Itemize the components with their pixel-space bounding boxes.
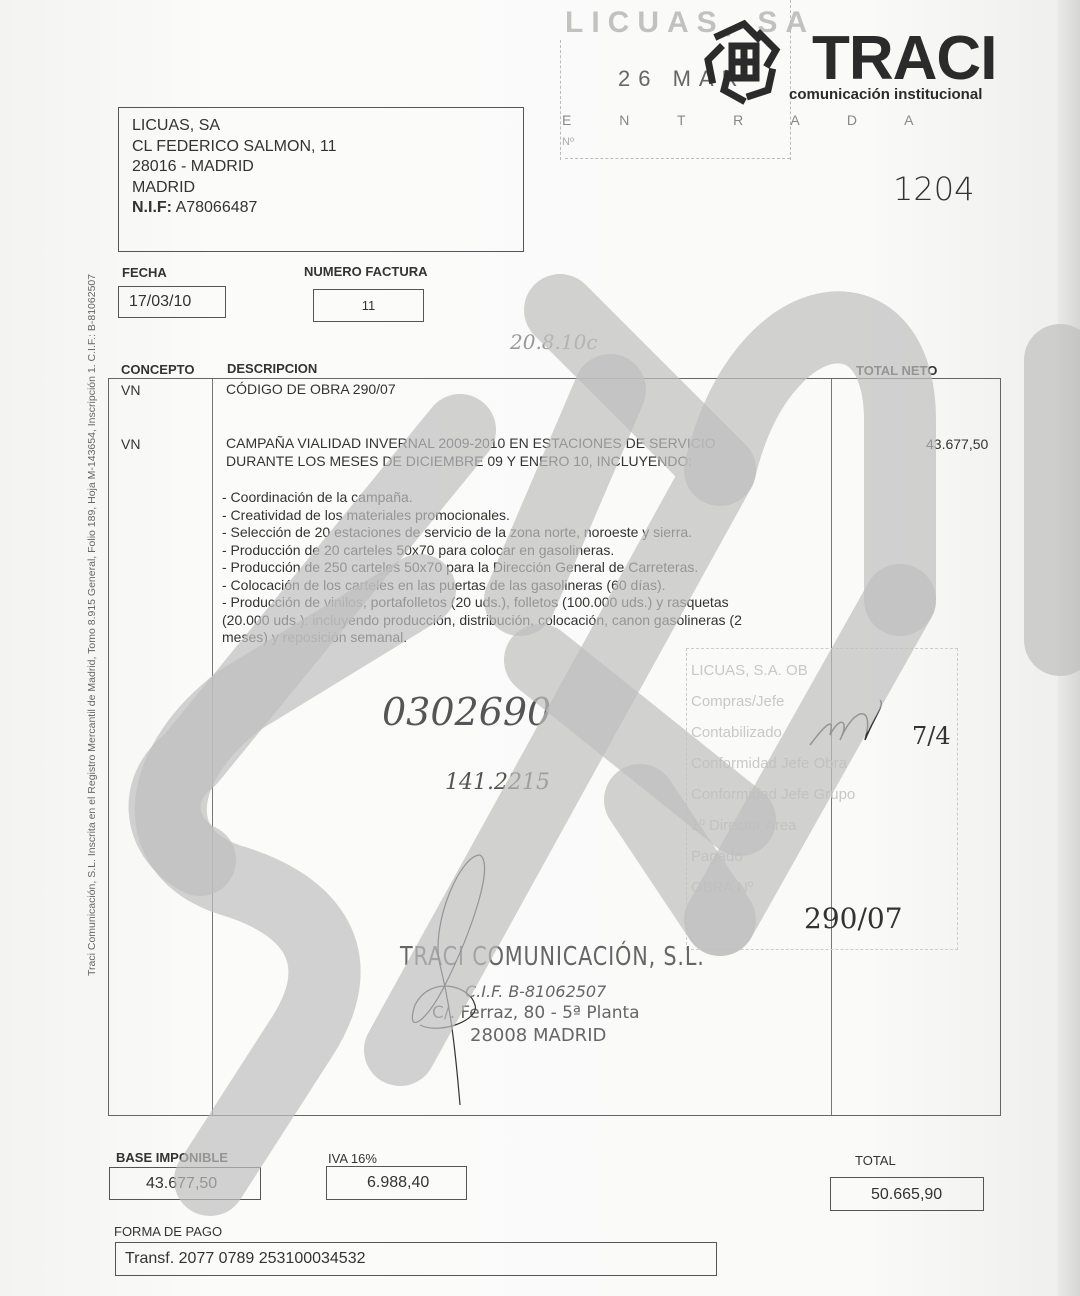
- client-nif: N.I.F: A78066487: [132, 198, 337, 219]
- stamp-border: [560, 40, 561, 160]
- row-2-description-cont: DURANTE LOS MESES DE DICIEMBRE 09 Y ENER…: [226, 453, 692, 471]
- stamp-number-label: Nº: [562, 136, 574, 148]
- header-description: DESCRIPCION: [227, 361, 317, 376]
- traci-logo-mark-icon: [698, 16, 790, 108]
- handwritten-invoice-ref: 1204: [893, 170, 974, 208]
- list-item: - Coordinación de la campaña.: [222, 489, 742, 507]
- list-item: - Colocación de los carteles en las puer…: [222, 577, 742, 595]
- list-item: - Producción de 20 carteles 50x70 para c…: [222, 542, 742, 560]
- handwritten-obra: 290/07: [804, 902, 903, 935]
- base-label: BASE IMPONIBLE: [116, 1150, 228, 1165]
- signature-icon: [400, 845, 510, 1115]
- invoice-number-box: 11: [313, 289, 424, 322]
- client-nif-value: A78066487: [176, 199, 258, 216]
- iva-value: 6.988,40: [367, 1174, 429, 1192]
- list-item: - Creatividad de los materiales promocio…: [222, 507, 742, 525]
- date-value: 17/03/10: [129, 293, 191, 311]
- approval-row: Pagado: [691, 841, 855, 872]
- approval-row: LICUAS, S.A. OB: [691, 655, 855, 686]
- client-name: LICUAS, SA: [132, 116, 337, 137]
- iva-label: IVA 16%: [328, 1151, 377, 1166]
- date-label: FECHA: [122, 265, 167, 280]
- total-value: 50.665,90: [871, 1186, 942, 1204]
- list-item: - Selección de 20 estaciones de servicio…: [222, 524, 742, 542]
- client-street: CL FEDERICO SALMON, 11: [132, 137, 337, 158]
- total-box: 50.665,90: [830, 1177, 984, 1211]
- column-divider: [212, 379, 213, 1115]
- handwritten-approval-date: 7/4: [912, 722, 951, 750]
- approval-row: Conformidad Jefe Grupo: [691, 779, 855, 810]
- handwritten-code-2: 141.2215: [445, 770, 550, 795]
- signature-approval-icon: [805, 695, 915, 755]
- items-list: - Coordinación de la campaña. - Creativi…: [222, 489, 742, 647]
- header-concept: CONCEPTO: [121, 362, 194, 377]
- brand-tagline: comunicación institucional: [789, 86, 982, 103]
- handwritten-top-note: 20.8.10c: [510, 330, 598, 354]
- registry-side-text: Traci Comunicación, S.L. Inscrita en el …: [86, 376, 98, 976]
- base-value: 43.677,50: [146, 1175, 217, 1193]
- stamp-border: [790, 0, 791, 160]
- client-address-box: LICUAS, SA CL FEDERICO SALMON, 11 28016 …: [118, 107, 524, 252]
- client-nif-label: N.I.F:: [132, 199, 172, 216]
- row-2-concept: VN: [121, 436, 140, 454]
- handwritten-code: 0302690: [382, 690, 551, 734]
- row-2-total: 43.677,50: [926, 436, 988, 454]
- total-label: TOTAL: [855, 1153, 896, 1168]
- approval-row: 1º Director Area: [691, 810, 855, 841]
- payment-value: Transf. 2077 0789 253100034532: [125, 1250, 366, 1268]
- stamp-entrada: E N T R A D A: [562, 112, 935, 128]
- invoice-number-value: 11: [314, 298, 423, 313]
- row-1-description: CÓDIGO DE OBRA 290/07: [226, 381, 396, 399]
- row-2-description: CAMPAÑA VIALIDAD INVERNAL 2009-2010 EN E…: [226, 435, 716, 453]
- date-box: 17/03/10: [118, 286, 226, 318]
- payment-label: FORMA DE PAGO: [114, 1224, 222, 1239]
- payment-box: Transf. 2077 0789 253100034532: [115, 1242, 717, 1276]
- brand-name: TRACI: [812, 28, 996, 90]
- client-province: MADRID: [132, 178, 337, 199]
- scan-edge: [1058, 0, 1080, 1296]
- row-1-concept: VN: [121, 382, 140, 400]
- invoice-number-label: NUMERO FACTURA: [304, 264, 428, 279]
- header-total: TOTAL NETO: [856, 363, 937, 378]
- approval-row: OBRA Nº: [691, 872, 855, 903]
- iva-box: 6.988,40: [326, 1166, 467, 1200]
- list-item: - Producción de 250 carteles 50x70 para …: [222, 559, 742, 577]
- list-item: meses) y reposición semanal.: [222, 629, 742, 647]
- list-item: (20.000 uds.): incluyendo producción, di…: [222, 612, 742, 630]
- list-item: - Producción de vinilos, portafolletos (…: [222, 594, 742, 612]
- client-postal-city: 28016 - MADRID: [132, 157, 337, 178]
- stamp-border: [565, 158, 790, 159]
- base-box: 43.677,50: [109, 1167, 261, 1200]
